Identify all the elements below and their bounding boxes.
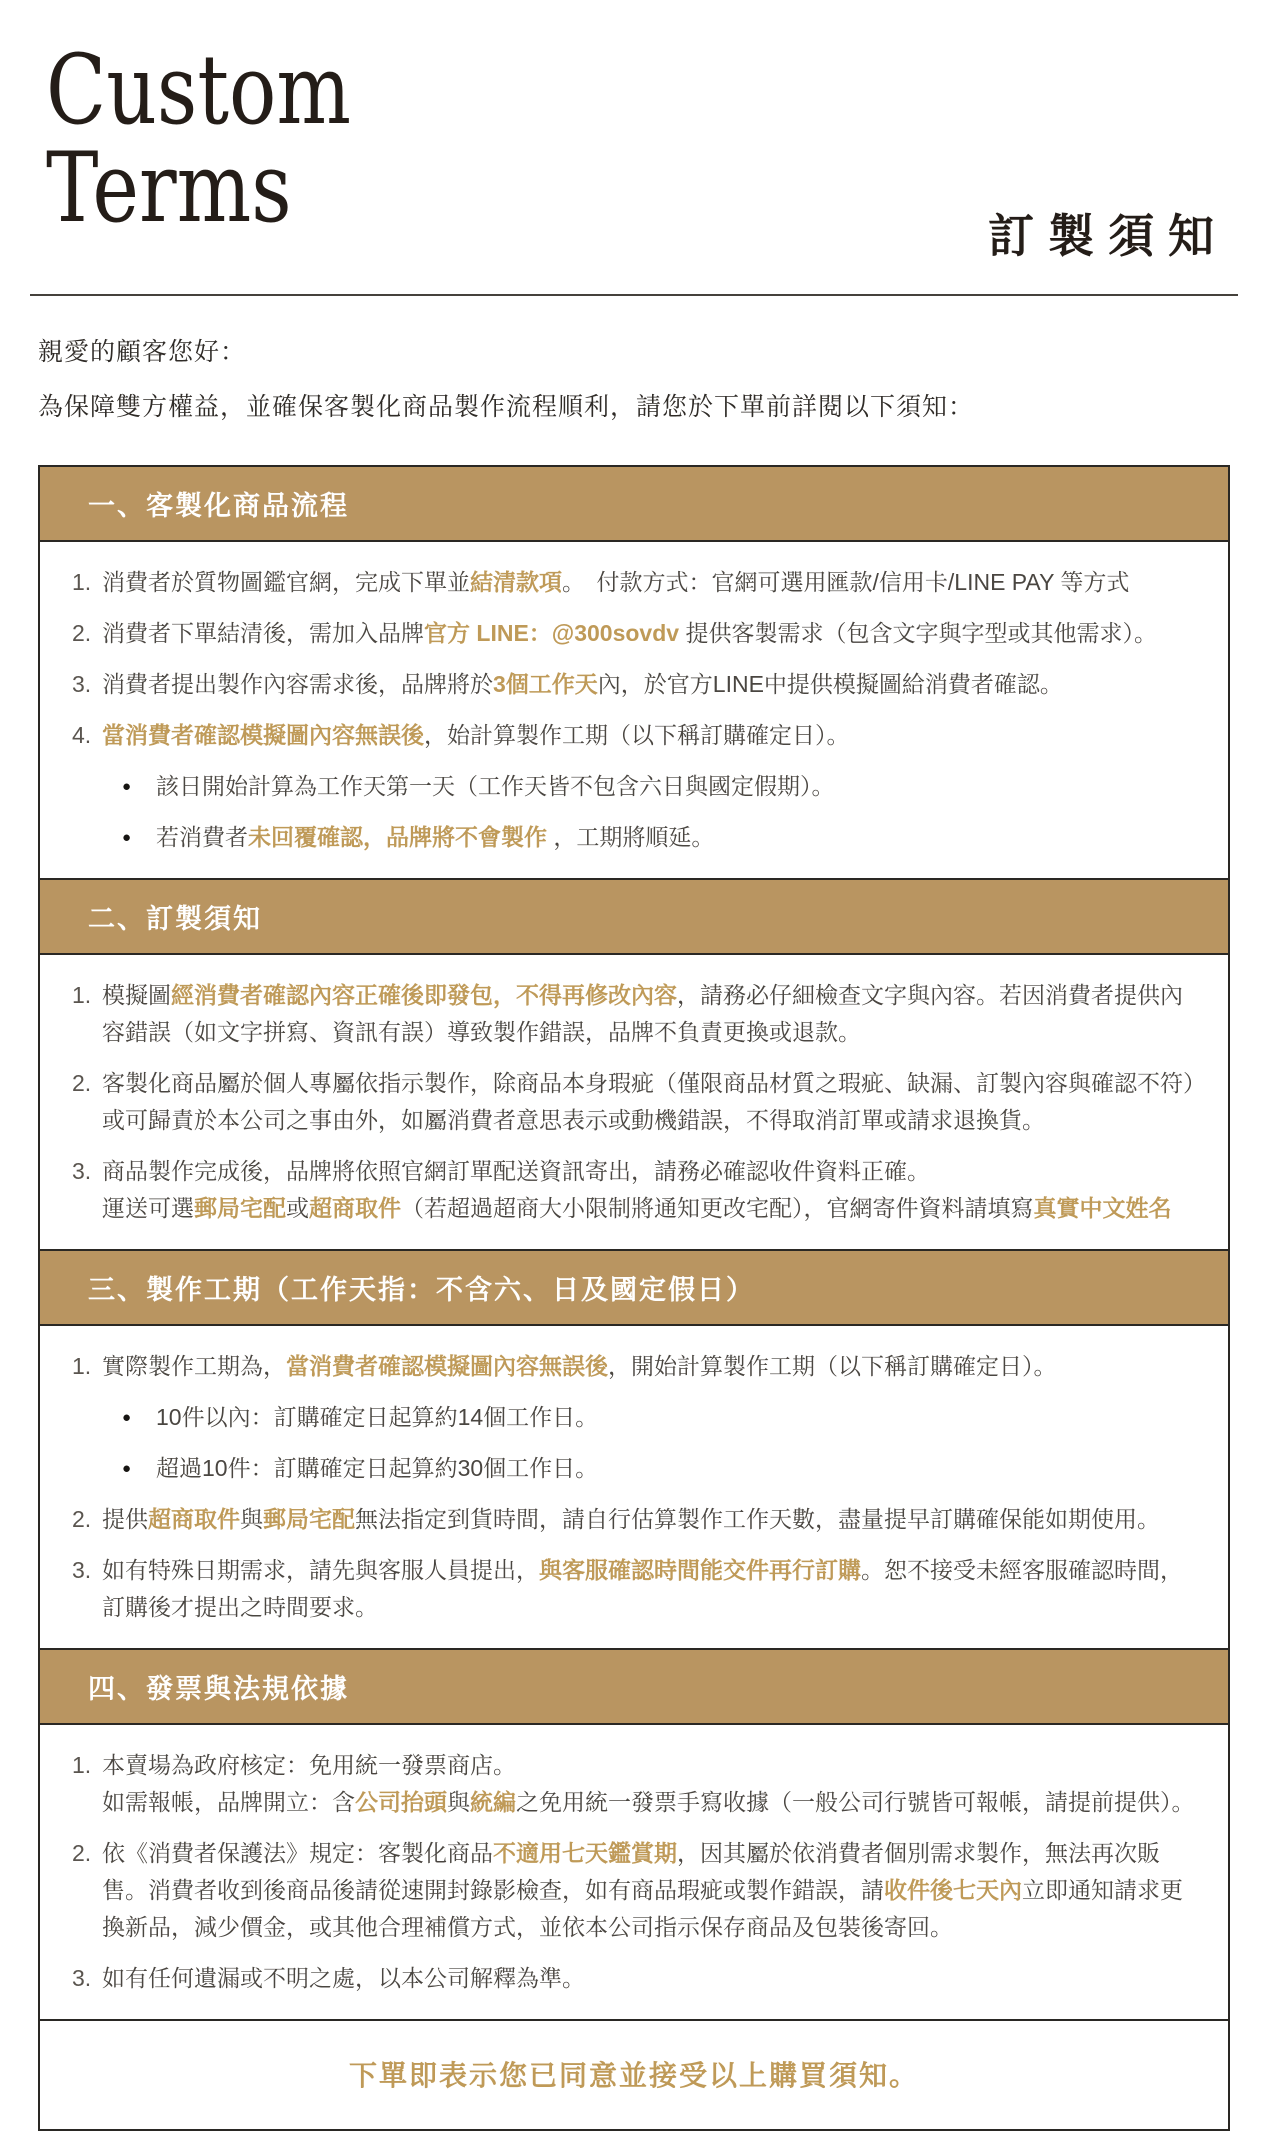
item-number: 1. bbox=[58, 564, 102, 601]
plain-text: 如需報帳，品牌開立：含 bbox=[102, 1789, 355, 1815]
plain-text: （若超過超商大小限制將通知更改宅配），官網寄件資料請填寫 bbox=[401, 1195, 1034, 1221]
plain-text: ，開始計算製作工期（以下稱訂購確定日）。 bbox=[608, 1353, 1057, 1379]
item-text: 該日開始計算為工作天第一天（工作天皆不包含六日與國定假期）。 bbox=[156, 768, 1200, 805]
plain-text: 10件以內：訂購確定日起算約14個工作日。 bbox=[156, 1404, 598, 1430]
section-4-heading: 四、發票與法規依據 bbox=[40, 1648, 1228, 1725]
bullet-item: ●若消費者未回覆確認，品牌將不會製作 ，工期將順延。 bbox=[122, 819, 1200, 856]
highlighted-text: 超商取件 bbox=[309, 1195, 401, 1221]
greeting-line-1: 親愛的顧客您好： bbox=[38, 336, 1230, 369]
item-text: 本賣場為政府核定：免用統一發票商店。如需報帳，品牌開立：含公司抬頭與統編之免用統… bbox=[102, 1747, 1200, 1821]
highlighted-text: 公司抬頭 bbox=[355, 1789, 447, 1815]
plain-text: 依《消費者保護法》規定：客製化商品 bbox=[102, 1840, 493, 1866]
plain-text: 消費者於質物圖鑑官網，完成下單並 bbox=[102, 569, 470, 595]
plain-text: 消費者提出製作內容需求後，品牌將於 bbox=[102, 671, 493, 697]
plain-text: 本賣場為政府核定：免用統一發票商店。 bbox=[102, 1752, 516, 1778]
highlighted-text: 不適用七天鑑賞期 bbox=[493, 1840, 677, 1866]
highlighted-text: 收件後七天內 bbox=[884, 1877, 1022, 1903]
bullet-marker: ● bbox=[122, 768, 156, 805]
plain-text: 模擬圖 bbox=[102, 982, 171, 1008]
custom-terms-page: Custom Terms 訂製須知 親愛的顧客您好： 為保障雙方權益，並確保客製… bbox=[0, 0, 1268, 2151]
bullet-marker: ● bbox=[122, 1399, 156, 1436]
numbered-item: 3.商品製作完成後，品牌將依照官網訂單配送資訊寄出，請務必確認收件資料正確。運送… bbox=[58, 1153, 1200, 1227]
plain-text: 與 bbox=[447, 1789, 470, 1815]
page-title-latin-line2: Terms bbox=[46, 140, 1017, 238]
bullet-item: ●該日開始計算為工作天第一天（工作天皆不包含六日與國定假期）。 bbox=[122, 768, 1200, 805]
highlighted-text: 當消費者確認模擬圖內容無誤後 bbox=[286, 1353, 608, 1379]
section-2-heading: 二、訂製須知 bbox=[40, 878, 1228, 955]
plain-text: 與 bbox=[240, 1506, 263, 1532]
page-title-cjk: 訂製須知 bbox=[988, 200, 1228, 266]
numbered-item: 1.消費者於質物圖鑑官網，完成下單並結清款項。 付款方式：官網可選用匯款/信用卡… bbox=[58, 564, 1200, 601]
plain-text: 實際製作工期為， bbox=[102, 1353, 286, 1379]
highlighted-text: 結清款項 bbox=[470, 569, 562, 595]
plain-text: 提供 bbox=[102, 1506, 148, 1532]
agreement-note: 下單即表示您已同意並接受以上購買須知。 bbox=[40, 2019, 1228, 2129]
page-title-latin-line1: Custom bbox=[46, 42, 1017, 140]
section-4-body: 1.本賣場為政府核定：免用統一發票商店。如需報帳，品牌開立：含公司抬頭與統編之免… bbox=[40, 1725, 1228, 2019]
item-number: 1. bbox=[58, 977, 102, 1014]
item-text: 商品製作完成後，品牌將依照官網訂單配送資訊寄出，請務必確認收件資料正確。運送可選… bbox=[102, 1153, 1200, 1227]
item-text: 超過10件：訂購確定日起算約30個工作日。 bbox=[156, 1450, 1200, 1487]
bullet-item: ●超過10件：訂購確定日起算約30個工作日。 bbox=[122, 1450, 1200, 1487]
numbered-item: 3.如有特殊日期需求，請先與客服人員提出，與客服確認時間能交件再行訂購。恕不接受… bbox=[58, 1552, 1200, 1626]
bullet-marker: ● bbox=[122, 1450, 156, 1487]
numbered-item: 4.當消費者確認模擬圖內容無誤後，始計算製作工期（以下稱訂購確定日）。 bbox=[58, 717, 1200, 754]
plain-text: ，始計算製作工期（以下稱訂購確定日）。 bbox=[424, 722, 850, 748]
plain-text: 如有任何遺漏或不明之處，以本公司解釋為準。 bbox=[102, 1965, 585, 1991]
item-text: 如有特殊日期需求，請先與客服人員提出，與客服確認時間能交件再行訂購。恕不接受未經… bbox=[102, 1552, 1200, 1626]
plain-text: 如有特殊日期需求，請先與客服人員提出， bbox=[102, 1557, 539, 1583]
item-number: 2. bbox=[58, 1835, 102, 1872]
numbered-item: 2.依《消費者保護法》規定：客製化商品不適用七天鑑賞期，因其屬於依消費者個別需求… bbox=[58, 1835, 1200, 1946]
section-1-body: 1.消費者於質物圖鑑官網，完成下單並結清款項。 付款方式：官網可選用匯款/信用卡… bbox=[40, 542, 1228, 878]
highlighted-text: 真實中文姓名 bbox=[1034, 1195, 1172, 1221]
plain-text: 運送可選 bbox=[102, 1195, 194, 1221]
item-text: 消費者提出製作內容需求後，品牌將於3個工作天內，於官方LINE中提供模擬圖給消費… bbox=[102, 666, 1200, 703]
plain-text: 商品製作完成後，品牌將依照官網訂單配送資訊寄出，請務必確認收件資料正確。 bbox=[102, 1158, 930, 1184]
item-text: 依《消費者保護法》規定：客製化商品不適用七天鑑賞期，因其屬於依消費者個別需求製作… bbox=[102, 1835, 1200, 1946]
item-text: 10件以內：訂購確定日起算約14個工作日。 bbox=[156, 1399, 1200, 1436]
item-number: 3. bbox=[58, 666, 102, 703]
numbered-item: 2.提供超商取件與郵局宅配無法指定到貨時間，請自行估算製作工作天數，盡量提早訂購… bbox=[58, 1501, 1200, 1538]
plain-text: 無法指定到貨時間，請自行估算製作工作天數，盡量提早訂購確保能如期使用。 bbox=[355, 1506, 1160, 1532]
page-header: Custom Terms 訂製須知 bbox=[38, 42, 1230, 260]
item-number: 1. bbox=[58, 1747, 102, 1784]
section-3-heading: 三、製作工期（工作天指：不含六、日及國定假日） bbox=[40, 1249, 1228, 1326]
item-text: 當消費者確認模擬圖內容無誤後，始計算製作工期（以下稱訂購確定日）。 bbox=[102, 717, 1200, 754]
highlighted-text: 統編 bbox=[470, 1789, 516, 1815]
section-2-body: 1.模擬圖經消費者確認內容正確後即發包，不得再修改內容，請務必仔細檢查文字與內容… bbox=[40, 955, 1228, 1249]
page-title-latin: Custom Terms bbox=[46, 42, 1017, 238]
section-3-body: 1.實際製作工期為，當消費者確認模擬圖內容無誤後，開始計算製作工期（以下稱訂購確… bbox=[40, 1326, 1228, 1648]
item-text: 客製化商品屬於個人專屬依指示製作，除商品本身瑕疵（僅限商品材質之瑕疵、缺漏、訂製… bbox=[102, 1065, 1200, 1139]
plain-text: ，工期將順延。 bbox=[547, 824, 714, 850]
section-1-heading: 一、客製化商品流程 bbox=[40, 467, 1228, 542]
item-number: 2. bbox=[58, 1065, 102, 1102]
highlighted-text: 郵局宅配 bbox=[263, 1506, 355, 1532]
bullet-marker: ● bbox=[122, 819, 156, 856]
item-text: 消費者於質物圖鑑官網，完成下單並結清款項。 付款方式：官網可選用匯款/信用卡/L… bbox=[102, 564, 1200, 601]
bullet-item: ●10件以內：訂購確定日起算約14個工作日。 bbox=[122, 1399, 1200, 1436]
item-number: 3. bbox=[58, 1153, 102, 1190]
item-text: 消費者下單結清後，需加入品牌官方 LINE：@300sovdv 提供客製需求（包… bbox=[102, 615, 1200, 652]
item-number: 3. bbox=[58, 1552, 102, 1589]
item-text: 如有任何遺漏或不明之處，以本公司解釋為準。 bbox=[102, 1960, 1200, 1997]
numbered-item: 3.如有任何遺漏或不明之處，以本公司解釋為準。 bbox=[58, 1960, 1200, 1997]
item-text: 模擬圖經消費者確認內容正確後即發包，不得再修改內容，請務必仔細檢查文字與內容。若… bbox=[102, 977, 1200, 1051]
item-number: 2. bbox=[58, 1501, 102, 1538]
highlighted-text: 官方 LINE：@300sovdv bbox=[424, 620, 679, 646]
highlighted-text: 超商取件 bbox=[148, 1506, 240, 1532]
plain-text: 客製化商品屬於個人專屬依指示製作，除商品本身瑕疵（僅限商品材質之瑕疵、缺漏、訂製… bbox=[102, 1070, 1195, 1133]
plain-text: 提供客製需求（包含文字與字型或其他需求）。 bbox=[679, 620, 1157, 646]
item-number: 4. bbox=[58, 717, 102, 754]
item-text: 提供超商取件與郵局宅配無法指定到貨時間，請自行估算製作工作天數，盡量提早訂購確保… bbox=[102, 1501, 1200, 1538]
plain-text: 。 付款方式：官網可選用匯款/信用卡/LINE PAY 等方式 bbox=[562, 569, 1129, 595]
terms-box: 一、客製化商品流程1.消費者於質物圖鑑官網，完成下單並結清款項。 付款方式：官網… bbox=[38, 465, 1230, 2131]
numbered-item: 1.模擬圖經消費者確認內容正確後即發包，不得再修改內容，請務必仔細檢查文字與內容… bbox=[58, 977, 1200, 1051]
highlighted-text: 經消費者確認內容正確後即發包，不得再修改內容 bbox=[171, 982, 677, 1008]
plain-text: 該日開始計算為工作天第一天（工作天皆不包含六日與國定假期）。 bbox=[156, 773, 835, 799]
plain-text: 或 bbox=[286, 1195, 309, 1221]
item-number: 3. bbox=[58, 1960, 102, 1997]
item-number: 2. bbox=[58, 615, 102, 652]
item-text: 實際製作工期為，當消費者確認模擬圖內容無誤後，開始計算製作工期（以下稱訂購確定日… bbox=[102, 1348, 1200, 1385]
highlighted-text: 3個工作天 bbox=[493, 671, 598, 697]
numbered-item: 2.客製化商品屬於個人專屬依指示製作，除商品本身瑕疵（僅限商品材質之瑕疵、缺漏、… bbox=[58, 1065, 1200, 1139]
plain-text: 消費者下單結清後，需加入品牌 bbox=[102, 620, 424, 646]
highlighted-text: 與客服確認時間能交件再行訂購 bbox=[539, 1557, 861, 1583]
plain-text: 內，於官方LINE中提供模擬圖給消費者確認。 bbox=[598, 671, 1063, 697]
highlighted-text: 當消費者確認模擬圖內容無誤後 bbox=[102, 722, 424, 748]
numbered-item: 2.消費者下單結清後，需加入品牌官方 LINE：@300sovdv 提供客製需求… bbox=[58, 615, 1200, 652]
header-divider bbox=[30, 294, 1238, 296]
plain-text: 超過10件：訂購確定日起算約30個工作日。 bbox=[156, 1455, 598, 1481]
highlighted-text: 郵局宅配 bbox=[194, 1195, 286, 1221]
item-text: 若消費者未回覆確認，品牌將不會製作 ，工期將順延。 bbox=[156, 819, 1200, 856]
plain-text: 之免用統一發票手寫收據（一般公司行號皆可報帳，請提前提供）。 bbox=[516, 1789, 1195, 1815]
numbered-item: 1.本賣場為政府核定：免用統一發票商店。如需報帳，品牌開立：含公司抬頭與統編之免… bbox=[58, 1747, 1200, 1821]
greeting-line-2: 為保障雙方權益，並確保客製化商品製作流程順利，請您於下單前詳閱以下須知： bbox=[38, 391, 1230, 424]
plain-text: 若消費者 bbox=[156, 824, 248, 850]
item-number: 1. bbox=[58, 1348, 102, 1385]
highlighted-text: 未回覆確認，品牌將不會製作 bbox=[248, 824, 547, 850]
numbered-item: 1.實際製作工期為，當消費者確認模擬圖內容無誤後，開始計算製作工期（以下稱訂購確… bbox=[58, 1348, 1200, 1385]
numbered-item: 3.消費者提出製作內容需求後，品牌將於3個工作天內，於官方LINE中提供模擬圖給… bbox=[58, 666, 1200, 703]
